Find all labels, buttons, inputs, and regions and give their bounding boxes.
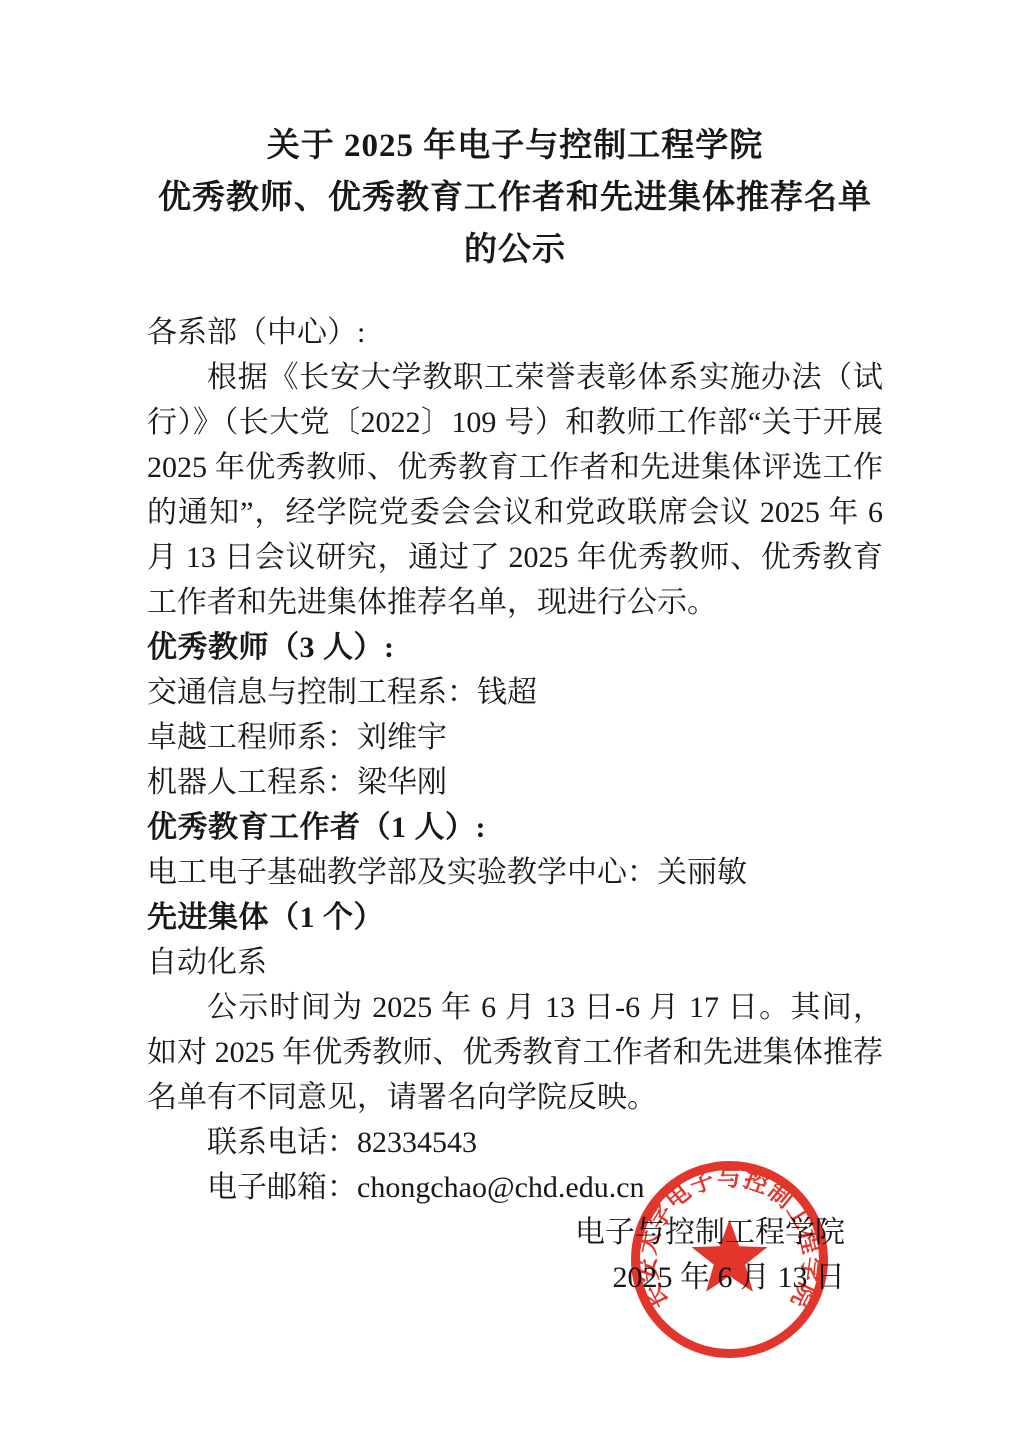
section-heading-excellent-teachers: 优秀教师（3 人）: (147, 625, 883, 670)
email-label: 电子邮箱： (207, 1171, 357, 1204)
title-line-2: 优秀教师、优秀教育工作者和先进集体推荐名单的公示 (147, 172, 883, 276)
email-address: chongchao@chd.edu.cn (357, 1171, 645, 1204)
phone-label: 联系电话： (207, 1126, 357, 1159)
list-item: 自动化系 (147, 940, 883, 985)
phone-number: 82334543 (357, 1126, 477, 1159)
list-item: 卓越工程师系：刘维宇 (147, 715, 883, 760)
contact-email-line: 电子邮箱：chongchao@chd.edu.cn (147, 1165, 883, 1210)
title-line-1: 关于 2025 年电子与控制工程学院 (147, 120, 883, 172)
page-title: 关于 2025 年电子与控制工程学院 优秀教师、优秀教育工作者和先进集体推荐名单… (147, 0, 883, 276)
document-page: 关于 2025 年电子与控制工程学院 优秀教师、优秀教育工作者和先进集体推荐名单… (0, 0, 1024, 1449)
signature-date: 2025 年 6 月 13 日 (147, 1255, 845, 1300)
list-item: 电工电子基础教学部及实验教学中心：关丽敏 (147, 850, 883, 895)
signature-org: 电子与控制工程学院 (147, 1210, 845, 1255)
list-item: 交通信息与控制工程系：钱超 (147, 670, 883, 715)
notice-paragraph: 公示时间为 2025 年 6 月 13 日-6 月 17 日。其间，如对 202… (147, 985, 883, 1120)
salutation: 各系部（中心）: (147, 310, 883, 355)
section-heading-advanced-collective: 先进集体（1 个） (147, 895, 883, 940)
intro-paragraph: 根据《长安大学教职工荣誉表彰体系实施办法（试行）》（长大党〔2022〕109 号… (147, 355, 883, 625)
list-item: 机器人工程系：梁华刚 (147, 760, 883, 805)
contact-phone-line: 联系电话：82334543 (147, 1120, 883, 1165)
section-heading-excellent-educators: 优秀教育工作者（1 人）: (147, 805, 883, 850)
document-body: 关于 2025 年电子与控制工程学院 优秀教师、优秀教育工作者和先进集体推荐名单… (147, 0, 883, 1300)
